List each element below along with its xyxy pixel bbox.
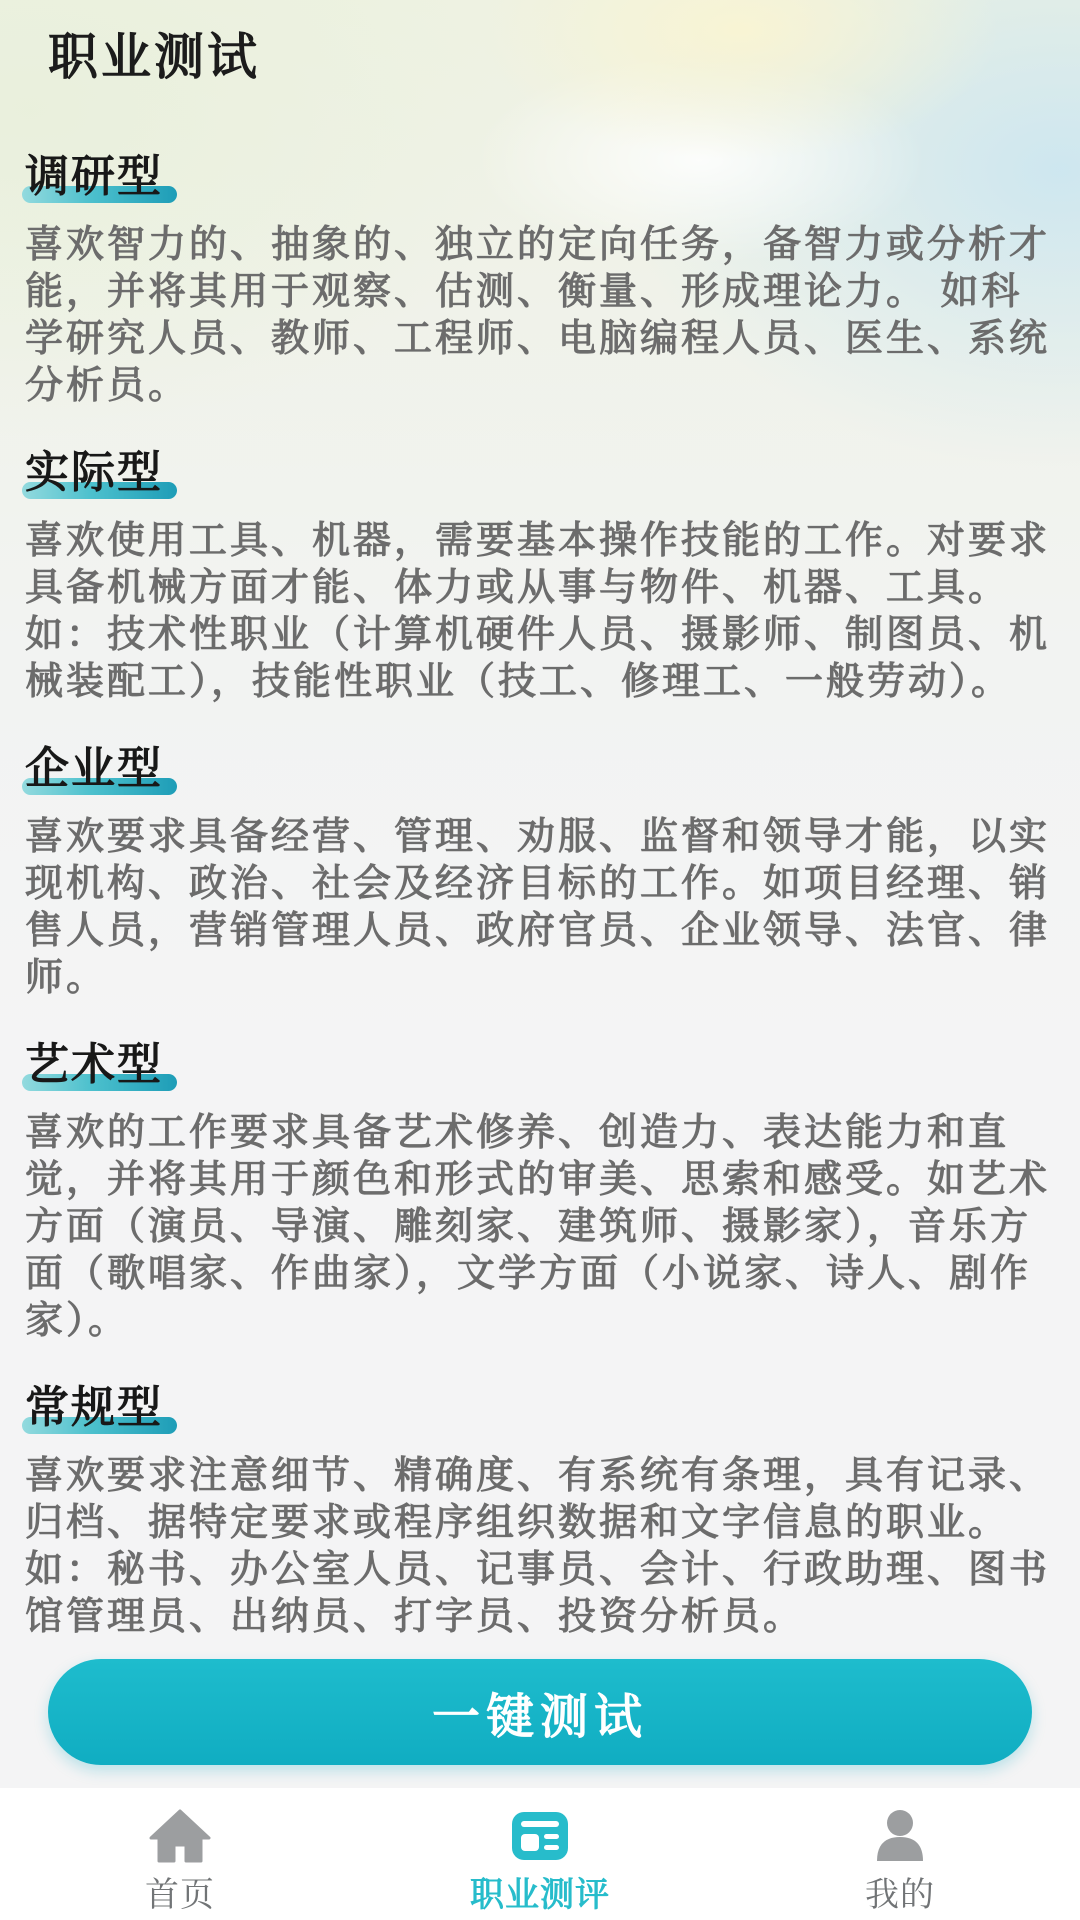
tab-label: 职业测评 — [470, 1876, 610, 1914]
section-description: 喜欢使用工具、机器，需要基本操作技能的工作。对要求具备机械方面才能、体力或从事与… — [25, 518, 1055, 706]
section-description: 喜欢要求注意细节、精确度、有系统有条理，具有记录、归档、据特定要求或程序组织数据… — [25, 1453, 1055, 1641]
section-conventional: 常规型 喜欢要求注意细节、精确度、有系统有条理，具有记录、归档、据特定要求或程序… — [25, 1381, 1055, 1641]
section-title: 调研型 — [25, 150, 163, 204]
section-heading: 实际型 — [25, 446, 163, 500]
section-description: 喜欢要求具备经营、管理、劝服、监督和领导才能，以实现机构、政治、社会及经济目标的… — [25, 814, 1055, 1002]
content-area: 调研型 喜欢智力的、抽象的、独立的定向任务，备智力或分析才能，并将其用于观察、估… — [0, 150, 1080, 1765]
assessment-icon — [508, 1804, 572, 1868]
profile-icon — [868, 1804, 932, 1868]
section-title: 企业型 — [25, 742, 163, 796]
section-description: 喜欢的工作要求具备艺术修养、创造力、表达能力和直觉，并将其用于颜色和形式的审美、… — [25, 1110, 1055, 1345]
tab-home[interactable]: 首页 — [0, 1788, 360, 1920]
tab-label: 我的 — [865, 1876, 935, 1914]
section-artistic: 艺术型 喜欢的工作要求具备艺术修养、创造力、表达能力和直觉，并将其用于颜色和形式… — [25, 1038, 1055, 1345]
section-title: 艺术型 — [25, 1038, 163, 1092]
section-research: 调研型 喜欢智力的、抽象的、独立的定向任务，备智力或分析才能，并将其用于观察、估… — [25, 150, 1055, 410]
bottom-tab-bar: 首页 职业测评 我的 — [0, 1788, 1080, 1920]
career-test-page: 职业测试 调研型 喜欢智力的、抽象的、独立的定向任务，备智力或分析才能，并将其用… — [0, 0, 1080, 1920]
section-title: 实际型 — [25, 446, 163, 500]
section-enterprise: 企业型 喜欢要求具备经营、管理、劝服、监督和领导才能，以实现机构、政治、社会及经… — [25, 742, 1055, 1002]
home-icon — [148, 1804, 212, 1868]
tab-profile[interactable]: 我的 — [720, 1788, 1080, 1920]
one-click-test-button[interactable]: 一键测试 — [48, 1659, 1032, 1765]
page-title: 职业测试 — [48, 28, 1080, 86]
section-description: 喜欢智力的、抽象的、独立的定向任务，备智力或分析才能，并将其用于观察、估测、衡量… — [25, 222, 1055, 410]
section-heading: 企业型 — [25, 742, 163, 796]
section-title: 常规型 — [25, 1381, 163, 1435]
tab-label: 首页 — [145, 1876, 215, 1914]
tab-career-assessment[interactable]: 职业测评 — [360, 1788, 720, 1920]
section-practical: 实际型 喜欢使用工具、机器，需要基本操作技能的工作。对要求具备机械方面才能、体力… — [25, 446, 1055, 706]
section-heading: 艺术型 — [25, 1038, 163, 1092]
section-heading: 常规型 — [25, 1381, 163, 1435]
section-heading: 调研型 — [25, 150, 163, 204]
